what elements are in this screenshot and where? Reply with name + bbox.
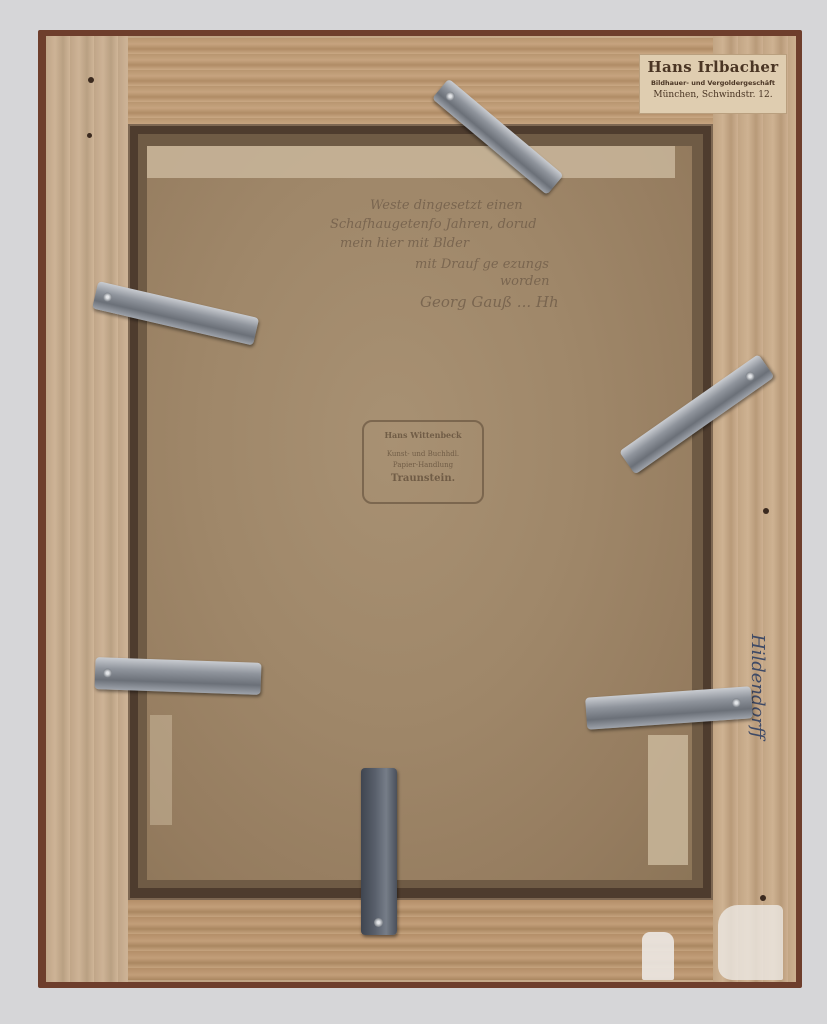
side-signature-text: Hildendorff — [747, 634, 768, 739]
paper-scuff — [642, 932, 674, 980]
screw-icon — [731, 698, 741, 708]
note-line: Schafhaugetenfo Jahren, dorud — [330, 217, 620, 232]
paper-scuff — [718, 905, 783, 980]
retaining-clip-left-lower — [94, 657, 261, 695]
frame-bottom-rail — [128, 900, 713, 980]
screw-icon — [444, 90, 457, 103]
stamp-city: Traunstein. — [364, 473, 482, 484]
dealer-stamp: Hans Wittenbeck Kunst- und Buchhdl. Papi… — [362, 420, 484, 504]
screw-icon — [103, 668, 112, 677]
note-line: mein hier mit Blder — [340, 236, 620, 251]
nail-hole — [87, 133, 92, 138]
note-signature: Georg Gauß ... Hh — [420, 293, 620, 311]
label-name: Hans Irlbacher — [640, 58, 786, 76]
note-line: mit Drauf ge ezungs — [415, 257, 620, 272]
backing-tape-patch — [150, 715, 172, 825]
frame-top-rail — [128, 38, 713, 126]
framer-label: Hans Irlbacher Bildhauer- und Vergolderg… — [639, 54, 787, 114]
screw-icon — [102, 292, 113, 303]
frame-left-stile — [46, 36, 128, 982]
frame-right-stile — [713, 36, 796, 982]
label-address: München, Schwindstr. 12. — [640, 90, 786, 100]
note-line: worden — [500, 274, 620, 289]
handwritten-note: Weste dingesetzt einen Schafhaugetenfo J… — [330, 198, 620, 358]
stamp-line: Hans Wittenbeck — [364, 430, 482, 440]
stamp-line: Papier-Handlung — [364, 461, 482, 469]
screw-icon — [744, 370, 757, 383]
label-trade: Bildhauer- und Vergoldergeschäft — [640, 79, 786, 87]
nail-hole — [88, 77, 94, 83]
screw-icon — [374, 918, 383, 927]
backing-tape-patch — [648, 735, 688, 865]
stamp-line: Kunst- und Buchhdl. — [364, 450, 482, 458]
side-signature: Hildendorff — [730, 630, 790, 830]
nail-hole — [760, 895, 766, 901]
nail-hole — [763, 508, 769, 514]
note-line: Weste dingesetzt einen — [370, 198, 620, 213]
retaining-clip-bottom — [361, 768, 397, 935]
backing-tape-strip — [147, 146, 675, 178]
